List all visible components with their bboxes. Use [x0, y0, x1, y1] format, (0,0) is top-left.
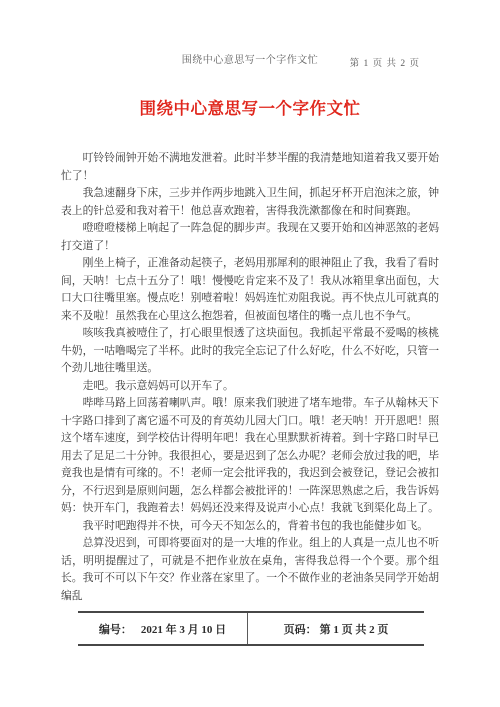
footer-page-value: 第 1 页 共 2 页 [320, 621, 389, 637]
footer-page-cell: 页码： 第 1 页 共 2 页 [248, 613, 424, 644]
running-header-page-number: 第 1 页 共 2 页 [350, 55, 420, 69]
essay-paragraph: 我平时吧跑得并不快，可今天不知怎么的，背着书包的我也能健步如飞。 [61, 518, 439, 536]
essay-paragraph: 走吧。我示意妈妈可以开车了。 [61, 378, 439, 396]
essay-paragraph: 哔哔马路上回荡着喇叭声。哦！原来我们驶进了堵车地带。车子从翰林天下十字路口排到了… [61, 395, 439, 518]
essay-body: 叮铃铃闹钟开始不满地发泄着。此时半梦半醒的我清楚地知道着我又要开始忙了！ 我急速… [61, 150, 439, 605]
essay-paragraph: 咳咳我真被噎住了，打心眼里恨透了这块面包。我抓起平常最不爱喝的核桃牛奶，一咕噜喝… [61, 325, 439, 378]
footer-table: 编号： 2021 年 3 月 10 日 页码： 第 1 页 共 2 页 [78, 611, 424, 646]
essay-title: 围绕中心意思写一个字作文忙 [0, 95, 500, 119]
footer-page-label: 页码： [284, 621, 317, 637]
essay-paragraph: 我急速翻身下床，三步并作两步地跳入卫生间，抓起牙杯开启泡沫之旅，钟表上的针总爱和… [61, 185, 439, 220]
running-header: 围绕中心意思写一个字作文忙 第 1 页 共 2 页 [60, 51, 440, 69]
essay-paragraph: 叮铃铃闹钟开始不满地发泄着。此时半梦半醒的我清楚地知道着我又要开始忙了！ [61, 150, 439, 185]
essay-paragraph: 总算没迟到，可即将要面对的是一大堆的作业。组上的人真是一点儿也不听话，明明提醒过… [61, 535, 439, 605]
footer-number-label: 编号： [99, 621, 132, 637]
essay-paragraph: 刚坐上椅子，正准备动起筷子，老妈用那犀利的眼神阻止了我，我看了看时间，天呐！七点… [61, 255, 439, 325]
essay-paragraph: 噔噔噔楼梯上响起了一阵急促的脚步声。我现在又要开始和凶神恶煞的老妈打交道了！ [61, 220, 439, 255]
footer-number-cell: 编号： 2021 年 3 月 10 日 [78, 613, 248, 644]
footer-number-value: 2021 年 3 月 10 日 [141, 621, 226, 637]
document-page: 围绕中心意思写一个字作文忙 第 1 页 共 2 页 围绕中心意思写一个字作文忙 … [0, 0, 500, 707]
